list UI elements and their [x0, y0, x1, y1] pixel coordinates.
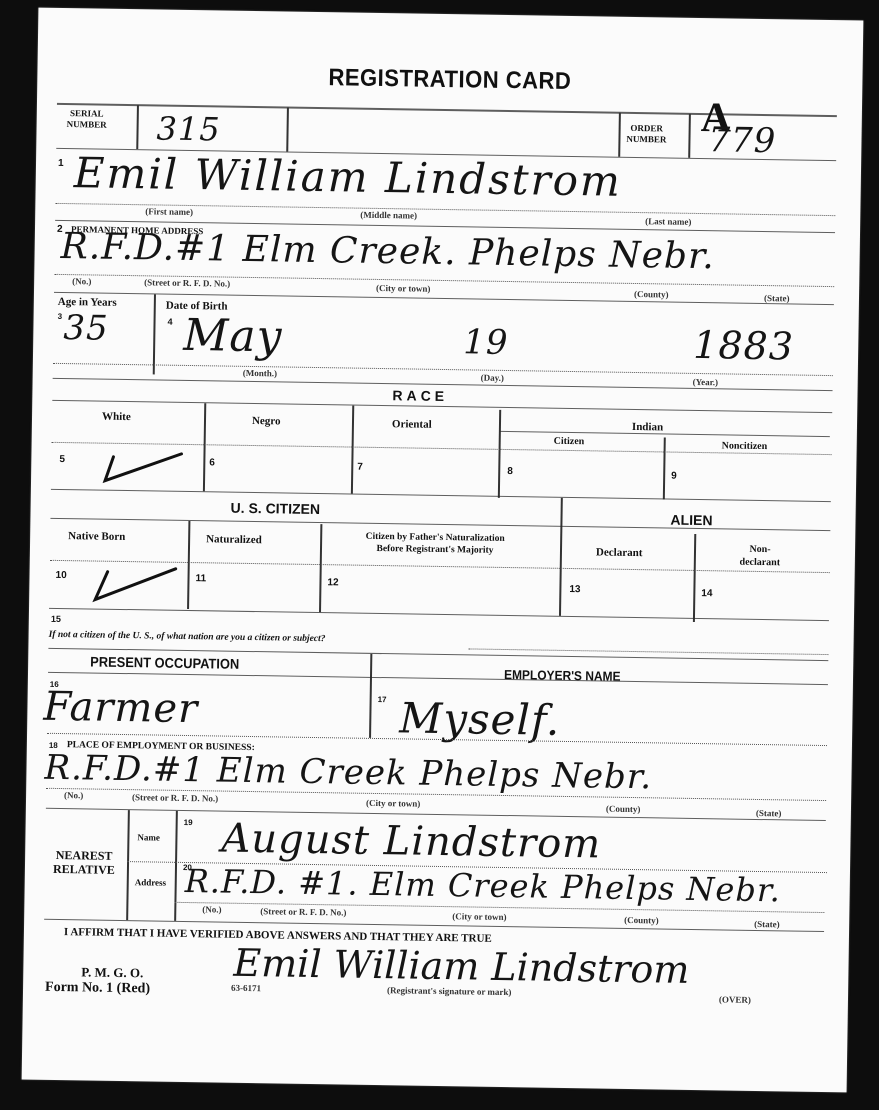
home-address-value: R.F.D.#1 Elm Creek. Phelps Nebr.	[60, 226, 715, 277]
caption: (Day.)	[481, 373, 504, 383]
serial-label: SERIALNUMBER	[67, 108, 107, 131]
employer-value: Myself.	[399, 693, 561, 745]
field-number: 13	[569, 584, 580, 595]
registration-card: REGISTRATION CARD A SERIALNUMBER 315 ORD…	[22, 8, 864, 1093]
age-value: 35	[63, 308, 109, 349]
divider	[49, 608, 829, 621]
race-negro-label: Negro	[252, 415, 281, 427]
signature-caption: (Registrant's signature or mark)	[387, 985, 512, 997]
field-number: 9	[671, 471, 677, 482]
caption: (City or town)	[366, 798, 420, 809]
caption: (City or town)	[376, 283, 430, 294]
citizen-title: U. S. CITIZEN	[231, 500, 321, 517]
pmgo-label: P. M. G. O.	[81, 964, 143, 981]
registrant-signature: Emil William Lindstrom	[233, 941, 690, 992]
registrant-name-value: Emil William Lindstrom	[73, 148, 622, 206]
non-declarant-label: Non-declarant	[720, 542, 800, 569]
order-number-value: 779	[708, 120, 777, 161]
divider	[688, 114, 690, 158]
caption: (No.)	[64, 790, 83, 800]
age-label: Age in Years	[58, 296, 117, 309]
caption: (Month.)	[243, 368, 277, 379]
caption: (Year.)	[693, 377, 719, 387]
middle-name-caption: (Middle name)	[360, 210, 417, 221]
caption: (County)	[624, 915, 659, 926]
field-number: 14	[701, 588, 712, 599]
alien-title: ALIEN	[670, 512, 712, 529]
relative-address-value: R.F.D. #1. Elm Creek Phelps Nebr.	[184, 862, 781, 909]
checkmark-icon	[101, 447, 192, 488]
print-code: 63-6171	[231, 983, 261, 993]
dob-year-value: 1883	[693, 323, 794, 369]
field-number: 11	[195, 573, 206, 584]
field-number: 19	[184, 818, 193, 827]
over-label: (OVER)	[719, 994, 751, 1005]
checkmark-icon	[89, 561, 190, 608]
field-number: 17	[378, 695, 387, 704]
field-number: 7	[357, 462, 363, 473]
caption: (State)	[754, 919, 780, 929]
form-number-label: Form No. 1 (Red)	[45, 980, 150, 998]
caption: (County)	[634, 289, 669, 300]
divider	[48, 672, 828, 685]
field-number: 8	[507, 466, 513, 477]
field-number: 12	[327, 577, 338, 588]
field-number: 4	[167, 317, 172, 327]
divider	[319, 524, 322, 612]
divider	[498, 410, 501, 498]
divider	[153, 294, 156, 374]
caption: (No.)	[72, 276, 91, 286]
divider	[174, 811, 177, 921]
divider	[559, 498, 562, 616]
caption: (Street or R. F. D. No.)	[260, 906, 346, 917]
father-naturalization-label: Citizen by Father's NaturalizationBefore…	[330, 530, 540, 557]
order-label: ORDERNUMBER	[626, 123, 666, 146]
race-indian-noncitizen-label: Noncitizen	[722, 440, 768, 452]
caption: (No.)	[202, 904, 221, 914]
race-oriental-label: Oriental	[392, 418, 432, 431]
dob-month-value: May	[183, 310, 283, 363]
field-number: 1	[58, 158, 64, 169]
relative-address-label: Address	[135, 877, 166, 887]
last-name-caption: (Last name)	[645, 216, 691, 227]
caption: (Street or R. F. D. No.)	[132, 792, 218, 803]
nation-question: If not a citizen of the U. S., of what n…	[49, 630, 326, 644]
native-born-label: Native Born	[68, 530, 125, 543]
caption: (State)	[764, 293, 790, 303]
race-white-label: White	[102, 411, 131, 423]
race-indian-citizen-label: Citizen	[554, 436, 585, 447]
divider	[126, 810, 129, 920]
field-number: 3	[58, 312, 63, 321]
relative-name-label: Name	[137, 832, 160, 842]
divider	[203, 403, 206, 491]
nation-answer-line	[468, 648, 828, 655]
divider	[136, 105, 138, 149]
caption: (State)	[756, 808, 782, 818]
field-number: 5	[59, 454, 65, 465]
serial-number-value: 315	[156, 109, 221, 148]
divider	[351, 406, 354, 494]
divider	[618, 113, 620, 157]
relative-name-value: August Lindstrom	[221, 816, 601, 868]
caption: (City or town)	[452, 911, 506, 922]
divider	[50, 518, 830, 531]
divider	[500, 431, 830, 437]
field-number: 6	[209, 457, 215, 468]
occupation-value: Farmer	[43, 684, 198, 732]
divider	[693, 534, 696, 622]
naturalized-label: Naturalized	[206, 533, 262, 546]
divider	[51, 489, 831, 502]
dob-day-value: 19	[463, 322, 509, 363]
race-title: RACE	[392, 387, 448, 404]
divider	[663, 437, 665, 499]
nearest-relative-label: NEARESTRELATIVE	[43, 848, 125, 877]
occupation-label: PRESENT OCCUPATION	[90, 653, 239, 671]
caption: (County)	[606, 804, 641, 815]
declarant-label: Declarant	[596, 546, 643, 559]
divider	[369, 654, 372, 738]
field-number: 15	[51, 614, 61, 624]
first-name-caption: (First name)	[145, 206, 193, 217]
field-number: 10	[55, 570, 66, 581]
divider	[286, 108, 288, 152]
caption: (Street or R. F. D. No.)	[144, 277, 230, 288]
race-indian-label: Indian	[632, 421, 663, 433]
